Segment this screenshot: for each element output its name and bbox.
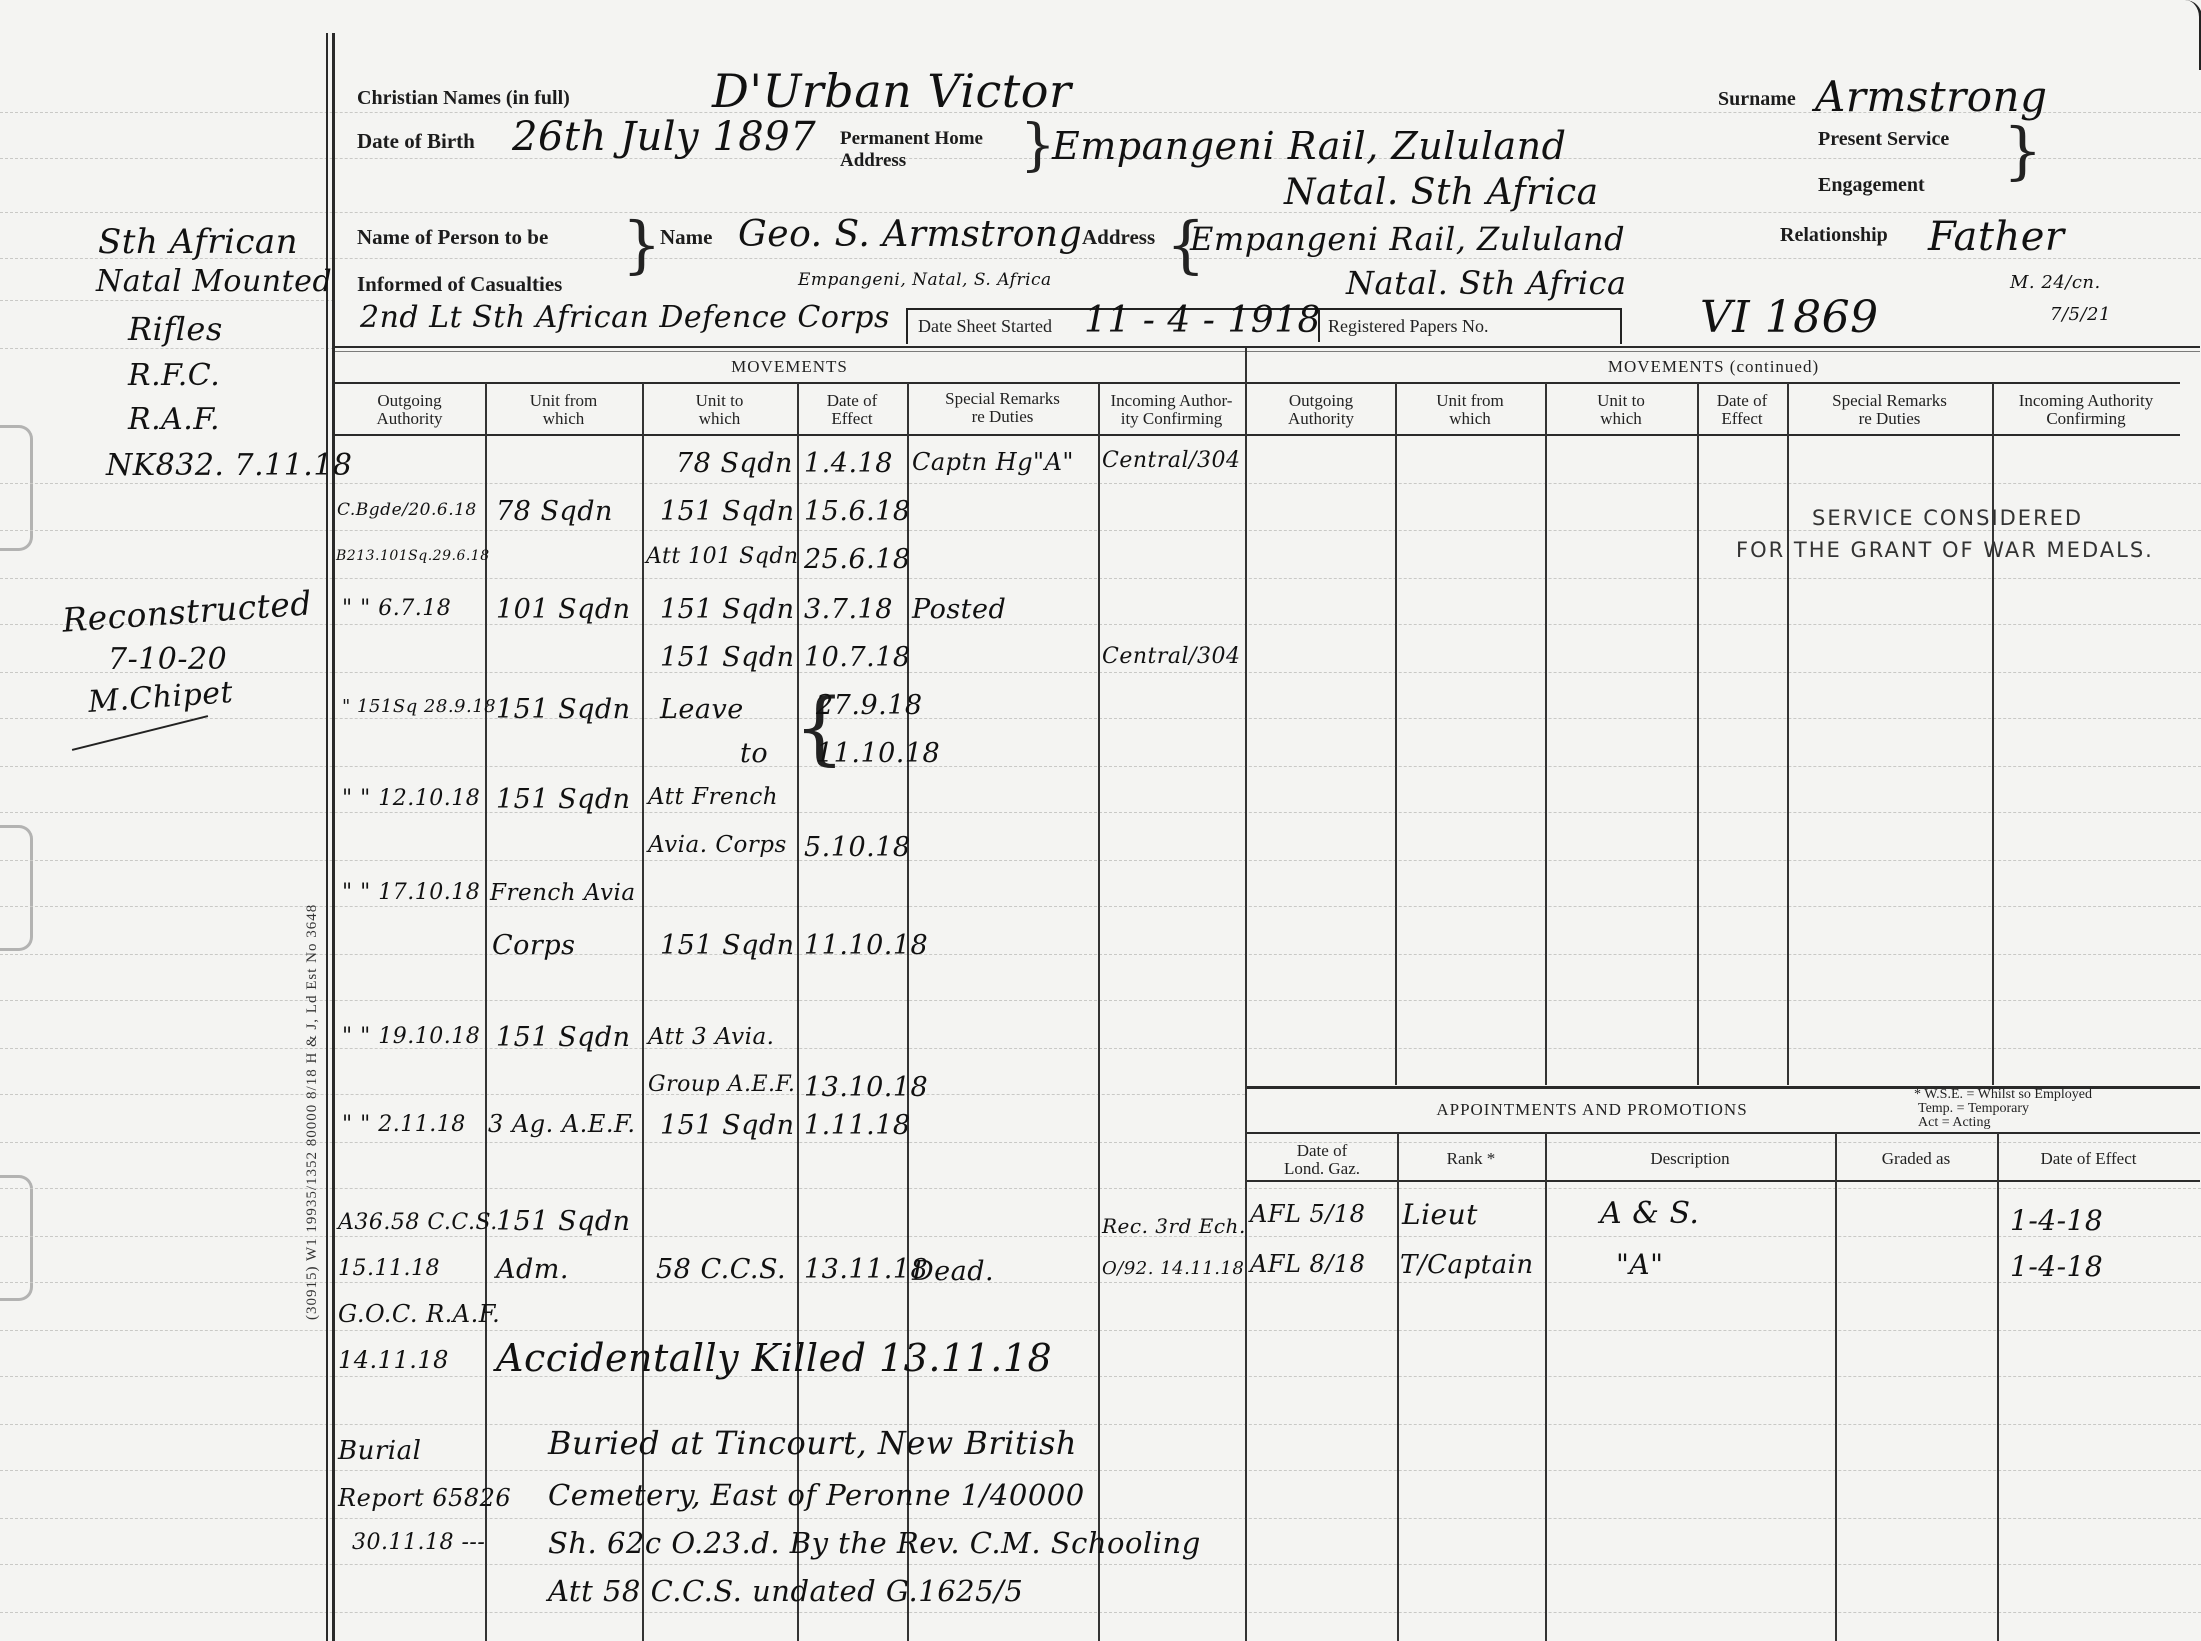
col-rule [1697, 383, 1699, 1085]
header-bottom-rule [334, 434, 1245, 436]
cell-date-of-effect: 1-4-18 [2010, 1204, 2103, 1237]
cell-incoming: Rec. 3rd Ech. [1102, 1214, 1246, 1238]
burial-label: Report 65826 [338, 1484, 511, 1512]
margin-unit: Rifles [128, 310, 223, 348]
burial-text: Att 58 C.C.S. undated G.1625/5 [548, 1574, 1023, 1608]
cell-date: 11.10.18 [816, 738, 940, 769]
cell-outgoing: " " 6.7.18 [342, 596, 451, 621]
home-address-line1[interactable]: Empangeni Rail, Zululand [1052, 124, 1566, 168]
margin-unit: Sth African [98, 222, 298, 262]
label-christian-names: Christian Names (in full) [357, 87, 570, 110]
cell-unit-from: 151 Sqdn [496, 1206, 631, 1237]
col-london-gazette: Date ofLond. Gaz. [1247, 1142, 1397, 1178]
cell-date: 27.9.18 [816, 690, 923, 721]
cell-date: 15.6.18 [804, 496, 911, 527]
burial-text: Cemetery, East of Peronne 1/40000 [548, 1478, 1085, 1512]
cell-outgoing: A36.58 C.C.S. [338, 1210, 498, 1235]
cell-gazette: AFL 5/18 [1250, 1200, 1365, 1228]
col-unit-to: Unit towhich [642, 392, 797, 428]
cell-outgoing: C.Bgde/20.6.18 [337, 500, 477, 520]
cell-unit-to: 78 Sqdn [676, 448, 793, 479]
col-rule [1245, 348, 1247, 1641]
cell-unit-to: Group A.E.F. [648, 1072, 795, 1097]
cell-date: 13.11.18 [804, 1254, 928, 1285]
cell-unit-from: 151 Sqdn [496, 694, 631, 725]
col-date-of-effect: Date ofEffect [1697, 392, 1787, 428]
cell-date: 5.10.18 [804, 832, 911, 863]
margin-unit: Natal Mounted [96, 264, 332, 299]
cell-outgoing: " " 19.10.18 [342, 1024, 480, 1049]
cell-date: 10.7.18 [804, 642, 911, 673]
cell-date: 1.11.18 [804, 1110, 911, 1141]
next-of-kin-name-sub[interactable]: Empangeni, Natal, S. Africa [798, 270, 1052, 290]
cell-outgoing: " " 12.10.18 [342, 786, 480, 811]
cell-remarks: Dead. [912, 1256, 994, 1287]
col-rule [1835, 1133, 1837, 1641]
table-top-rule [334, 351, 2200, 352]
col-date-of-effect: Date ofEffect [797, 392, 907, 428]
nok-address-line1[interactable]: Empangeni Rail, Zululand [1190, 220, 1625, 258]
legend-act: Act = Acting [1918, 1116, 1990, 1130]
cell-date: 11.10.18 [804, 930, 928, 961]
cell-outgoing: " " 17.10.18 [342, 880, 480, 905]
cell-unit-to: to [740, 738, 768, 769]
col-special-remarks: Special Remarksre Duties [1787, 392, 1992, 428]
reconstructed-date: 7-10-20 [108, 642, 227, 677]
header-bottom-rule [1247, 1180, 2200, 1182]
cell-unit-to: 151 Sqdn [660, 594, 795, 625]
cell-remarks: Posted [912, 594, 1006, 625]
next-of-kin-name[interactable]: Geo. S. Armstrong [738, 214, 1082, 255]
brace: } [2003, 120, 2042, 182]
col-special-remarks: Special Remarksre Duties [907, 390, 1098, 426]
col-outgoing-authority: OutgoingAuthority [334, 392, 485, 428]
signature: M.Chipet [87, 675, 234, 720]
cell-unit-to: 58 C.C.S. [656, 1254, 786, 1285]
binder-hole-mark [0, 425, 33, 551]
cell-date-of-effect: 1-4-18 [2010, 1250, 2103, 1283]
cell-unit-from: 151 Sqdn [496, 1022, 631, 1053]
cell-unit-to: Att 3 Avia. [648, 1024, 775, 1050]
cell-unit-to: Att French [648, 784, 778, 810]
label-permanent-home: Permanent Home [840, 128, 983, 150]
cell-unit-from: 78 Sqdn [496, 496, 613, 527]
cell-unit-from: French Avia [490, 880, 636, 906]
col-rule [1098, 383, 1100, 1641]
margin-unit: R.A.F. [128, 402, 220, 437]
date-of-birth-value[interactable]: 26th July 1897 [512, 114, 816, 160]
christian-names-value[interactable]: D'Urban Victor [712, 64, 1071, 118]
cell-rank: T/Captain [1400, 1250, 1534, 1280]
cell-unit-from: 151 Sqdn [496, 784, 631, 815]
cell-rank: Lieut [1402, 1198, 1478, 1231]
cell-unit-to: 151 Sqdn [660, 496, 795, 527]
label-person-informed-1: Name of Person to be [357, 225, 548, 250]
col-incoming-authority: Incoming AuthorityConfirming [1992, 392, 2180, 428]
header-bottom-rule [1247, 434, 2180, 436]
movements-title: MOVEMENTS [334, 357, 1245, 377]
col-rule [1395, 383, 1397, 1085]
legend-temp: Temp. = Temporary [1918, 1102, 2029, 1116]
label-person-informed-2: Informed of Casualties [357, 272, 562, 297]
cell-date: 13.10.18 [804, 1072, 928, 1103]
nok-address-line2[interactable]: Natal. Sth Africa [1346, 264, 1627, 302]
cell-date: 3.7.18 [804, 594, 893, 625]
label-present-service: Present Service [1818, 128, 1949, 151]
signature-underline [72, 715, 208, 751]
col-rule [1545, 383, 1547, 1085]
cell-date: 1.4.18 [804, 448, 893, 479]
burial-text: Buried at Tincourt, New British [548, 1424, 1077, 1462]
cell-incoming: Central/304 [1102, 644, 1240, 669]
header-rule [1247, 1132, 2200, 1134]
header-rule [1247, 382, 2180, 384]
binder-hole-mark [0, 825, 33, 951]
corner-note: M. 24/cn. [2010, 272, 2101, 293]
cell-outgoing: " 151Sq 28.9.18 [342, 696, 496, 717]
col-graded-as: Graded as [1835, 1150, 1997, 1168]
col-rule [1997, 1133, 1999, 1641]
header-rule [334, 382, 1245, 384]
label-relationship: Relationship [1780, 224, 1888, 247]
medals-stamp-line2: FOR THE GRANT OF WAR MEDALS. [1736, 538, 2154, 562]
margin-unit: R.F.C. [128, 358, 220, 393]
col-rank: Rank * [1397, 1150, 1545, 1168]
col-outgoing-authority: OutgoingAuthority [1247, 392, 1395, 428]
death-note: Accidentally Killed 13.11.18 [496, 1336, 1052, 1380]
cell-unit-from: 101 Sqdn [496, 594, 631, 625]
col-unit-from: Unit fromwhich [485, 392, 642, 428]
burial-label: Burial [338, 1436, 421, 1466]
reconstructed-note: Reconstructed [61, 583, 313, 639]
col-incoming-authority: Incoming Author-ity Confirming [1098, 392, 1245, 428]
cell-description: A & S. [1600, 1196, 1699, 1231]
col-description: Description [1545, 1150, 1835, 1168]
medals-stamp-line1: SERVICE CONSIDERED [1812, 506, 2083, 530]
col-rule [1992, 383, 1994, 1085]
col-unit-to: Unit towhich [1545, 392, 1697, 428]
table-top-rule [334, 346, 2200, 348]
cell-unit-to: 151 Sqdn [660, 642, 795, 673]
file-reference: VI 1869 [1700, 292, 1879, 343]
label-nok-address: Address [1082, 225, 1155, 250]
page-edge-curl [2185, 0, 2201, 70]
cell-outgoing: 14.11.18 [338, 1346, 449, 1374]
margin-rule [332, 33, 335, 1641]
label-date-sheet-started: Date Sheet Started [918, 316, 1052, 337]
cell-unit-from: Adm. [496, 1254, 569, 1285]
col-date-of-effect: Date of Effect [1997, 1150, 2180, 1168]
cell-outgoing: G.O.C. R.A.F. [338, 1300, 500, 1328]
col-rule [1787, 383, 1789, 1085]
margin-ref: NK832. 7.11.18 [106, 448, 353, 483]
cell-gazette: AFL 8/18 [1250, 1250, 1365, 1278]
col-rule [1545, 1133, 1547, 1641]
label-date-of-birth: Date of Birth [357, 129, 475, 154]
cell-description: "A" [1616, 1248, 1663, 1281]
cell-outgoing: " " 2.11.18 [342, 1112, 466, 1137]
date-sheet-started-value[interactable]: 11 - 4 - 1918 [1084, 300, 1321, 341]
cell-unit-to: Avia. Corps [648, 832, 787, 858]
cell-unit-to: Leave [660, 694, 744, 725]
corner-note: 7/5/21 [2050, 304, 2111, 325]
cell-unit-to: Att 101 Sqdn [646, 544, 799, 569]
cell-outgoing: B213.101Sq.29.6.18 [336, 548, 490, 564]
cell-remarks: Captn Hg"A" [912, 448, 1074, 476]
brace: } [1020, 118, 1056, 174]
cell-outgoing: 15.11.18 [338, 1256, 440, 1281]
printer-imprint: (30915) W1 19935/1352 80000 8/18 H & J, … [304, 904, 321, 1320]
label-surname: Surname [1718, 88, 1796, 111]
appointments-title: APPOINTMENTS AND PROMOTIONS [1247, 1100, 1937, 1120]
cell-unit-to: 151 Sqdn [660, 1110, 795, 1141]
brace: } [622, 214, 661, 276]
cell-unit-from: Corps [492, 930, 575, 961]
relationship-value[interactable]: Father [1928, 214, 2065, 260]
burial-text: Sh. 62c O.23.d. By the Rev. C.M. Schooli… [548, 1526, 1201, 1560]
movements-continued-title: MOVEMENTS (continued) [1247, 357, 2180, 377]
label-registered-papers: Registered Papers No. [1328, 316, 1488, 337]
burial-label: 30.11.18 --- [352, 1530, 485, 1555]
cell-incoming: O/92. 14.11.18 [1102, 1258, 1244, 1279]
label-engagement: Engagement [1818, 174, 1925, 197]
col-rule [485, 383, 487, 1641]
label-name: Name [660, 225, 712, 250]
home-address-line2[interactable]: Natal. Sth Africa [1284, 172, 1599, 213]
legend-wse: * W.S.E. = Whilst so Employed [1914, 1088, 2092, 1102]
label-address: Address [840, 150, 906, 172]
cell-incoming: Central/304 [1102, 448, 1240, 473]
col-unit-from: Unit fromwhich [1395, 392, 1545, 428]
cell-unit-from: 3 Ag. A.E.F. [488, 1110, 636, 1138]
col-rule [1397, 1133, 1399, 1641]
cell-date: 25.6.18 [804, 544, 911, 575]
previous-rank[interactable]: 2nd Lt Sth African Defence Corps [360, 300, 890, 335]
cell-unit-to: 151 Sqdn [660, 930, 795, 961]
